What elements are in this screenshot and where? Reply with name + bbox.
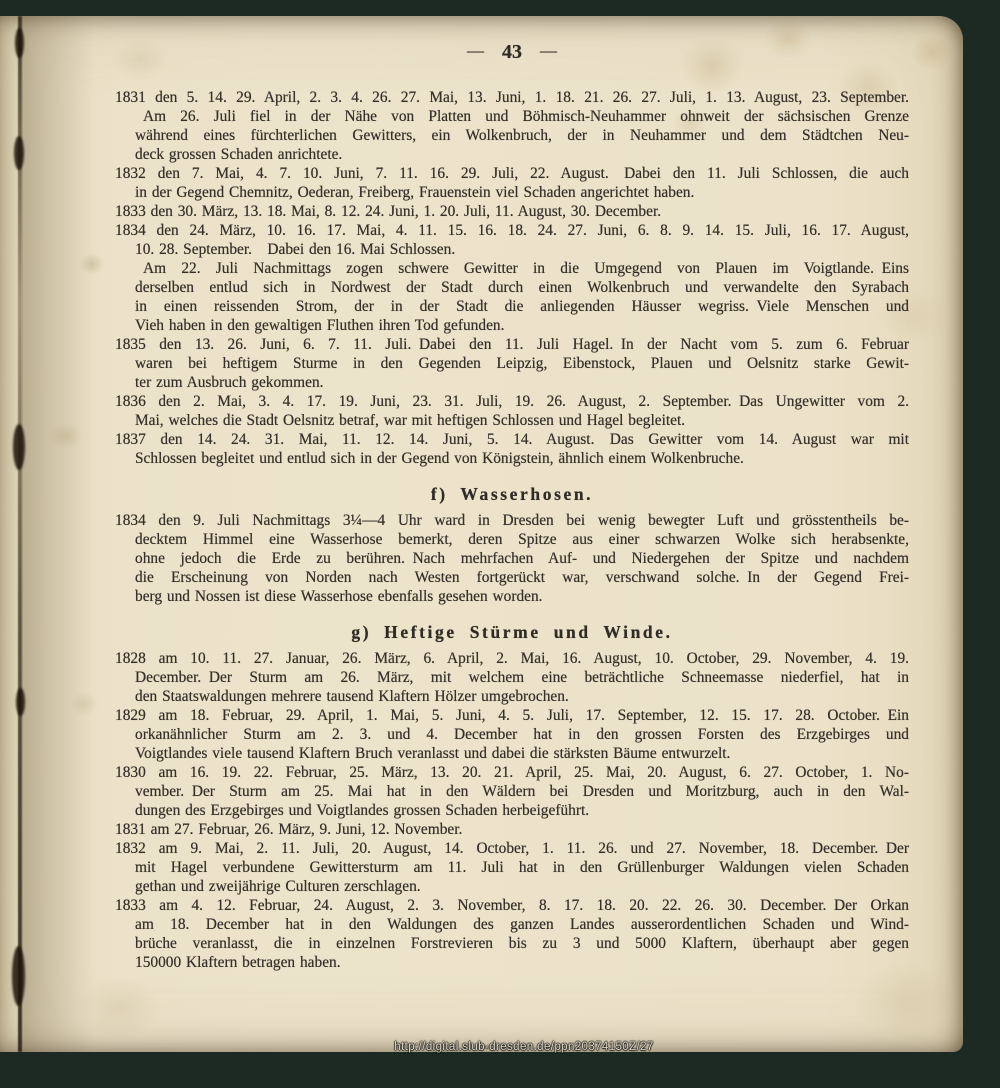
gutter-stain <box>13 424 25 470</box>
text-line: den Staatswaldungen mehrere tausend Klaf… <box>115 687 909 706</box>
section-heading-wasserhosen: f) Wasserhosen. <box>115 482 909 506</box>
text-line: 1832 am 9. Mai, 2. 11. Juli, 20. August,… <box>115 839 909 858</box>
text-line: 1835 den 13. 26. Juni, 6. 7. 11. Juli. D… <box>115 335 909 354</box>
text-line: 1832 den 7. Mai, 4. 7. 10. Juni, 7. 11. … <box>115 164 909 183</box>
text-line: 1831 den 5. 14. 29. April, 2. 3. 4. 26. … <box>115 88 909 107</box>
book-gutter-crease <box>18 16 22 1052</box>
text-line: Schlossen begleitet und entlud sich in d… <box>115 449 909 468</box>
page-header: —43— <box>115 40 909 64</box>
text-line: derselben entlud sich in Nordwest der St… <box>115 278 909 297</box>
text-line: mit Hagel verbundene Gewittersturm am 11… <box>115 858 909 877</box>
text-line: Mai, welches die Stadt Oelsnitz betraf, … <box>115 411 909 430</box>
wasserhosen-paragraph: 1834 den 9. Juli Nachmittags 3¼—4 Uhr wa… <box>115 511 909 606</box>
text-line: December. Der Sturm am 26. März, mit wel… <box>115 668 909 687</box>
text-line: Am 22. Juli Nachmittags zogen schwere Ge… <box>115 259 909 278</box>
page-number: 43 <box>502 41 522 63</box>
text-line: 1828 am 10. 11. 27. Januar, 26. März, 6.… <box>115 649 909 668</box>
scanner-background: { "scan": { "background_color": "#1c2a23… <box>0 0 1000 1088</box>
text-line: deck grossen Schaden anrichtete. <box>115 145 909 164</box>
text-line: brüche veranlasst, die in einzelnen Fors… <box>115 934 909 953</box>
text-line: 1837 den 14. 24. 31. Mai, 11. 12. 14. Ju… <box>115 430 909 449</box>
gutter-stain <box>15 28 24 58</box>
text-line: Vieh haben in den gewaltigen Fluthen ihr… <box>115 316 909 335</box>
text-line: decktem Himmel eine Wasserhose bemerkt, … <box>115 530 909 549</box>
text-line: ohne jedoch die Erde zu berühren. Nach m… <box>115 549 909 568</box>
text-line: in einen reissenden Strom, der in der St… <box>115 297 909 316</box>
text-line: waren bei heftigem Sturme in den Gegende… <box>115 354 909 373</box>
digitization-watermark-url: http://digital.slub-dresden.de/ppn203741… <box>394 1041 653 1053</box>
text-line: 1833 am 4. 12. Februar, 24. August, 2. 3… <box>115 896 909 915</box>
text-line: 1829 am 18. Februar, 29. April, 1. Mai, … <box>115 706 909 725</box>
text-line: 10. 28. September. Dabei den 16. Mai Sch… <box>115 240 909 259</box>
text-line: Voigtlandes viele tausend Klaftern Bruch… <box>115 744 909 763</box>
stuerme-date-list: 1828 am 10. 11. 27. Januar, 26. März, 6.… <box>115 649 909 972</box>
text-line: während eines fürchterlichen Gewitters, … <box>115 126 909 145</box>
text-line: ter zum Ausbruch gekommen. <box>115 373 909 392</box>
text-line: orkanähnlicher Sturm am 2. 3. und 4. Dec… <box>115 725 909 744</box>
text-line: gethan und zweijährige Culturen zerschla… <box>115 877 909 896</box>
text-line: 150000 Klaftern betragen haben. <box>115 953 909 972</box>
gewitter-date-list: 1831 den 5. 14. 29. April, 2. 3. 4. 26. … <box>115 88 909 468</box>
text-line: dungen des Erzgebirges und Voigtlandes g… <box>115 801 909 820</box>
text-line: 1833 den 30. März, 13. 18. Mai, 8. 12. 2… <box>115 202 909 221</box>
text-line: 1831 am 27. Februar, 26. März, 9. Juni, … <box>115 820 909 839</box>
book-gutter-shadow <box>22 16 94 1052</box>
gutter-stain <box>12 946 25 1006</box>
text-line: 1834 den 9. Juli Nachmittags 3¼—4 Uhr wa… <box>115 511 909 530</box>
gutter-stain <box>16 688 25 716</box>
text-line: Am 26. Juli fiel in der Nähe von Platten… <box>115 107 909 126</box>
text-line: die Erscheinung von Norden nach Westen f… <box>115 568 909 587</box>
header-dash-left: — <box>467 41 484 60</box>
text-line: 1830 am 16. 19. 22. Februar, 25. März, 1… <box>115 763 909 782</box>
gutter-stain <box>14 136 24 170</box>
text-line: am 18. December hat in den Waldungen des… <box>115 915 909 934</box>
text-line: berg und Nossen ist diese Wasserhose ebe… <box>115 587 909 606</box>
text-line: 1834 den 24. März, 10. 16. 17. Mai, 4. 1… <box>115 221 909 240</box>
body-text-blocks: 1831 den 5. 14. 29. April, 2. 3. 4. 26. … <box>115 88 909 972</box>
header-dash-right: — <box>540 41 557 60</box>
text-line: in der Gegend Chemnitz, Oederan, Freiber… <box>115 183 909 202</box>
text-line: vember. Der Sturm am 25. Mai hat in den … <box>115 782 909 801</box>
section-heading-stuerme: g) Heftige Stürme und Winde. <box>115 620 909 644</box>
printed-text-area: —43— 1831 den 5. 14. 29. April, 2. 3. 4.… <box>115 0 909 972</box>
text-line: 1836 den 2. Mai, 3. 4. 17. 19. Juni, 23.… <box>115 392 909 411</box>
